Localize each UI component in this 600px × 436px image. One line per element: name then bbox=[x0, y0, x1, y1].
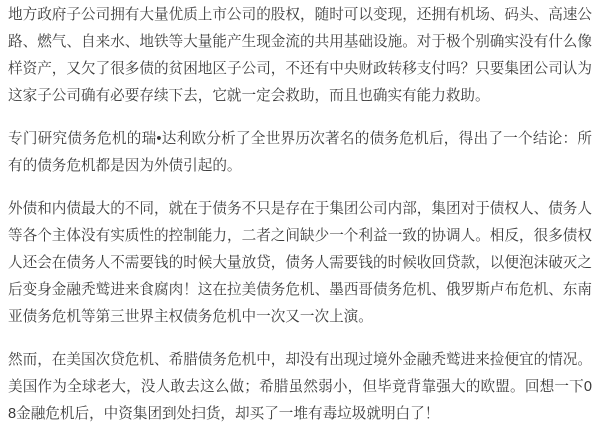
paragraph-us-greece-crisis: 然而，在美国次贷危机、希腊债务危机中，却没有出现过境外金融秃鹫进来捡便宜的情况。… bbox=[8, 347, 592, 428]
paragraph-dalio-conclusion: 专门研究债务危机的瑞•达利欧分析了全世界历次著名的债务危机后，得出了一个结论：所… bbox=[8, 126, 592, 180]
document-page: 地方政府子公司拥有大量优质上市公司的股权，随时可以变现，还拥有机场、码头、高速公… bbox=[0, 0, 600, 436]
paragraph-local-government-assets: 地方政府子公司拥有大量优质上市公司的股权，随时可以变现，还拥有机场、码头、高速公… bbox=[8, 2, 592, 110]
paragraph-external-vs-internal-debt: 外债和内债最大的不同，就在于债务不只是存在于集团公司内部，集团对于债权人、债务人… bbox=[8, 196, 592, 331]
